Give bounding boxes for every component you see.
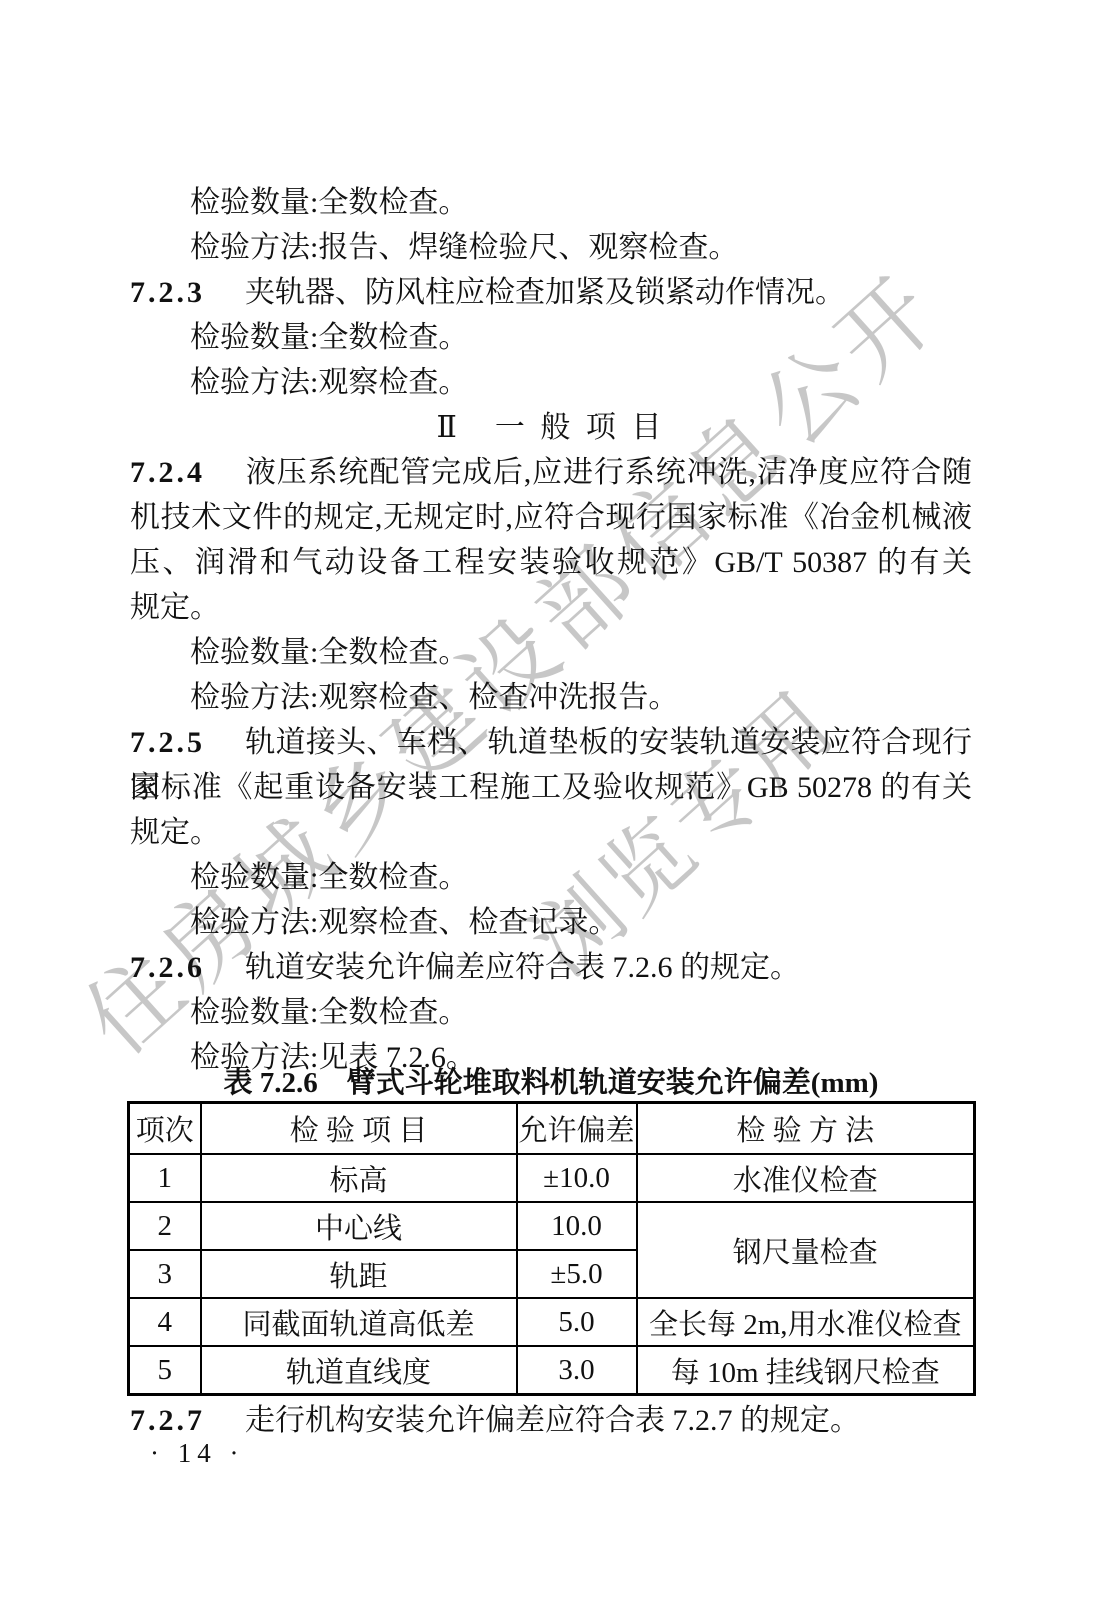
inspection-method-line: 检验方法:观察检查、检查记录。 bbox=[130, 900, 972, 945]
document-page: 住房城乡建设部信息公开 浏览专用 检验数量:全数检查。 检验方法:报告、焊缝检验… bbox=[0, 0, 1102, 1598]
cell-check-item: 轨距 bbox=[201, 1250, 517, 1298]
paragraph-line: 压、润滑和气动设备工程安装验收规范》GB/T 50387 的有关 bbox=[130, 540, 972, 585]
clause-7-2-7-section: 7.2.7走行机构安装允许偏差应符合表 7.2.7 的规定。 bbox=[130, 1398, 972, 1443]
clause-number: 7.2.5 bbox=[130, 726, 205, 759]
inspection-method-line: 检验方法:报告、焊缝检验尺、观察检查。 bbox=[130, 225, 972, 270]
cell-allowed-dev: ±10.0 bbox=[517, 1154, 637, 1202]
clause-number: 7.2.7 bbox=[130, 1404, 205, 1437]
clause-text: 夹轨器、防风柱应检查加紧及锁紧动作情况。 bbox=[245, 276, 845, 309]
table-row: 5 轨道直线度 3.0 每 10m 挂线钢尺检查 bbox=[129, 1346, 975, 1395]
cell-check-item: 轨道直线度 bbox=[201, 1346, 517, 1395]
cell-item-no: 1 bbox=[129, 1154, 201, 1202]
cell-check-item: 同截面轨道高低差 bbox=[201, 1298, 517, 1346]
cell-check-method-merged: 钢尺量检查 bbox=[637, 1202, 975, 1298]
cell-check-method: 每 10m 挂线钢尺检查 bbox=[637, 1346, 975, 1395]
cell-allowed-dev: 5.0 bbox=[517, 1298, 637, 1346]
paragraph-line: 规定。 bbox=[130, 810, 972, 855]
deviation-table: 项次 检 验 项 目 允许偏差 检 验 方 法 1 标高 ±10.0 水准仪检查… bbox=[127, 1101, 976, 1396]
clause-text: 液压系统配管完成后,应进行系统冲洗,洁净度应符合随 bbox=[245, 456, 972, 489]
inspection-quantity-line: 检验数量:全数检查。 bbox=[130, 630, 972, 675]
header-check-item: 检 验 项 目 bbox=[201, 1103, 517, 1155]
table-row: 2 中心线 10.0 钢尺量检查 bbox=[129, 1202, 975, 1250]
clause-7-2-6-line: 7.2.6轨道安装允许偏差应符合表 7.2.6 的规定。 bbox=[130, 945, 972, 990]
paragraph-line: 家标准《起重设备安装工程施工及验收规范》GB 50278 的有关 bbox=[130, 765, 972, 810]
clause-number: 7.2.3 bbox=[130, 276, 205, 309]
table-7-2-6-caption: 表 7.2.6 臂式斗轮堆取料机轨道安装允许偏差(mm) bbox=[0, 1060, 1102, 1101]
inspection-quantity-line: 检验数量:全数检查。 bbox=[130, 990, 972, 1035]
clause-7-2-3-line: 7.2.3夹轨器、防风柱应检查加紧及锁紧动作情况。 bbox=[130, 270, 972, 315]
inspection-method-line: 检验方法:观察检查。 bbox=[130, 360, 972, 405]
table-row: 4 同截面轨道高低差 5.0 全长每 2m,用水准仪检查 bbox=[129, 1298, 975, 1346]
cell-check-method: 水准仪检查 bbox=[637, 1154, 975, 1202]
clause-7-2-7-line: 7.2.7走行机构安装允许偏差应符合表 7.2.7 的规定。 bbox=[130, 1398, 972, 1443]
clause-7-2-5-line: 7.2.5轨道接头、车档、轨道垫板的安装轨道安装应符合现行国 bbox=[130, 720, 972, 765]
cell-item-no: 5 bbox=[129, 1346, 201, 1395]
paragraph-line: 规定。 bbox=[130, 585, 972, 630]
inspection-quantity-line: 检验数量:全数检查。 bbox=[130, 180, 972, 225]
cell-item-no: 2 bbox=[129, 1202, 201, 1250]
inspection-method-line: 检验方法:观察检查、检查冲洗报告。 bbox=[130, 675, 972, 720]
clause-text: 走行机构安装允许偏差应符合表 7.2.7 的规定。 bbox=[245, 1404, 860, 1437]
table-row: 1 标高 ±10.0 水准仪检查 bbox=[129, 1154, 975, 1202]
clause-text: 轨道安装允许偏差应符合表 7.2.6 的规定。 bbox=[245, 951, 800, 984]
header-allowed-dev: 允许偏差 bbox=[517, 1103, 637, 1155]
subsection-heading-general-items: Ⅱ 一 般 项 目 bbox=[130, 405, 972, 450]
cell-check-item: 中心线 bbox=[201, 1202, 517, 1250]
cell-allowed-dev: 10.0 bbox=[517, 1202, 637, 1250]
cell-check-method: 全长每 2m,用水准仪检查 bbox=[637, 1298, 975, 1346]
clause-7-2-4-line: 7.2.4液压系统配管完成后,应进行系统冲洗,洁净度应符合随 bbox=[130, 450, 972, 495]
cell-item-no: 3 bbox=[129, 1250, 201, 1298]
clause-number: 7.2.4 bbox=[130, 456, 205, 489]
header-check-method: 检 验 方 法 bbox=[637, 1103, 975, 1155]
cell-check-item: 标高 bbox=[201, 1154, 517, 1202]
clause-number: 7.2.6 bbox=[130, 951, 205, 984]
cell-allowed-dev: ±5.0 bbox=[517, 1250, 637, 1298]
cell-item-no: 4 bbox=[129, 1298, 201, 1346]
cell-allowed-dev: 3.0 bbox=[517, 1346, 637, 1395]
inspection-quantity-line: 检验数量:全数检查。 bbox=[130, 855, 972, 900]
inspection-quantity-line: 检验数量:全数检查。 bbox=[130, 315, 972, 360]
page-body: 检验数量:全数检查。 检验方法:报告、焊缝检验尺、观察检查。 7.2.3夹轨器、… bbox=[130, 180, 972, 1080]
header-item-no: 项次 bbox=[129, 1103, 201, 1155]
paragraph-line: 机技术文件的规定,无规定时,应符合现行国家标准《冶金机械液 bbox=[130, 495, 972, 540]
page-number: · 14 · bbox=[150, 1438, 244, 1469]
table-header-row: 项次 检 验 项 目 允许偏差 检 验 方 法 bbox=[129, 1103, 975, 1155]
